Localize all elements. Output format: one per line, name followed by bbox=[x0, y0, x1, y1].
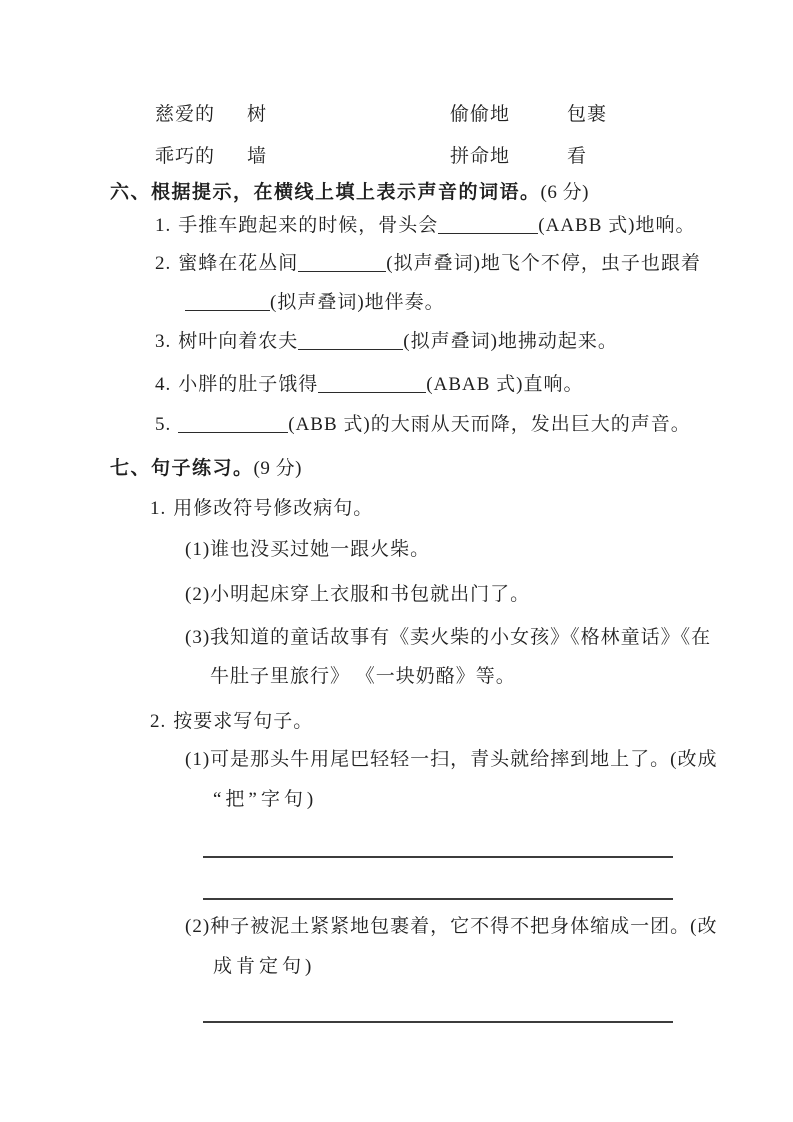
sound-word-item: 3.树叶向着农夫(拟声叠词)地拂动起来。 bbox=[155, 329, 618, 355]
item-label: (1) bbox=[185, 537, 210, 563]
answer-line bbox=[203, 1001, 673, 1023]
match-noun: 墙 bbox=[247, 144, 450, 170]
task-title: 2.按要求写句子。 bbox=[150, 709, 313, 735]
item-text: 小胖的肚子饿得 bbox=[178, 374, 318, 395]
item-number: 1. bbox=[155, 213, 171, 239]
sentence-item-continuation: 成肯定句) bbox=[213, 954, 315, 980]
fill-blank bbox=[298, 254, 386, 272]
section-number: 七、 bbox=[110, 458, 151, 479]
task-number: 2. bbox=[150, 709, 166, 735]
item-text: 牛肚子里旅行》 《一块奶酪》等。 bbox=[210, 666, 516, 687]
task-title: 1.用修改符号修改病句。 bbox=[150, 496, 373, 522]
task-text: 按要求写句子。 bbox=[173, 711, 313, 732]
fill-blank bbox=[318, 375, 426, 393]
item-label: (3) bbox=[185, 625, 210, 651]
sound-word-item: 4.小胖的肚子饿得(ABAB 式)直响。 bbox=[155, 372, 583, 398]
item-text: “把”字句) bbox=[213, 789, 317, 810]
section-number: 六、 bbox=[110, 182, 151, 203]
sentence-item: (1)谁也没买过她一跟火柴。 bbox=[185, 537, 430, 563]
fill-blank bbox=[178, 415, 288, 433]
sentence-item: (2)小明起床穿上衣服和书包就出门了。 bbox=[185, 582, 530, 608]
item-number: 4. bbox=[155, 372, 171, 398]
match-row: 乖巧的墙拼命地看 bbox=[155, 144, 587, 170]
section-six-header: 六、根据提示，在横线上填上表示声音的词语。(6 分) bbox=[110, 180, 589, 206]
item-number: 3. bbox=[155, 329, 171, 355]
item-text: (AABB 式)地响。 bbox=[538, 215, 695, 236]
sound-word-item: 5.(ABB 式)的大雨从天而降，发出巨大的声音。 bbox=[155, 412, 691, 438]
sentence-item-continuation: “把”字句) bbox=[213, 787, 317, 813]
item-text: 成肯定句) bbox=[213, 956, 315, 977]
match-adjective: 乖巧的 bbox=[155, 144, 247, 170]
item-text: (ABAB 式)直响。 bbox=[426, 374, 583, 395]
item-text: (拟声叠词)地拂动起来。 bbox=[403, 331, 618, 352]
task-number: 1. bbox=[150, 496, 166, 522]
item-text: 种子被泥土紧紧地包裹着，它不得不把身体缩成一团。(改 bbox=[210, 916, 717, 937]
section-score: (6 分) bbox=[541, 182, 589, 203]
fill-blank bbox=[298, 332, 403, 350]
sound-word-item: 1.手推车跑起来的时候，骨头会(AABB 式)地响。 bbox=[155, 213, 695, 239]
item-label: (2) bbox=[185, 914, 210, 940]
item-text: 小明起床穿上衣服和书包就出门了。 bbox=[210, 584, 530, 605]
answer-line bbox=[203, 878, 673, 900]
sentence-item-continuation: 牛肚子里旅行》 《一块奶酪》等。 bbox=[210, 664, 516, 690]
task-text: 用修改符号修改病句。 bbox=[173, 498, 373, 519]
item-text: 我知道的童话故事有《卖火柴的小女孩》《格林童话》《在 bbox=[210, 627, 711, 648]
item-text: 树叶向着农夫 bbox=[178, 331, 298, 352]
item-label: (2) bbox=[185, 582, 210, 608]
section-seven-header: 七、句子练习。(9 分) bbox=[110, 456, 302, 482]
match-adverb: 拼命地 bbox=[450, 144, 567, 170]
match-row: 慈爱的树偷偷地包裹 bbox=[155, 102, 607, 128]
item-text: (ABB 式)的大雨从天而降，发出巨大的声音。 bbox=[288, 414, 690, 435]
match-verb: 包裹 bbox=[567, 102, 607, 128]
sound-word-item-continuation: (拟声叠词)地伴奏。 bbox=[185, 290, 445, 316]
fill-blank bbox=[438, 216, 538, 234]
section-title: 根据提示，在横线上填上表示声音的词语。 bbox=[151, 182, 541, 203]
fill-blank bbox=[185, 293, 270, 311]
item-label: (1) bbox=[185, 747, 210, 773]
match-adverb: 偷偷地 bbox=[450, 102, 567, 128]
item-text: (拟声叠词)地伴奏。 bbox=[270, 292, 445, 313]
item-text: (拟声叠词)地飞个不停，虫子也跟着 bbox=[386, 253, 701, 274]
item-number: 5. bbox=[155, 412, 171, 438]
answer-line bbox=[203, 836, 673, 858]
match-verb: 看 bbox=[567, 144, 587, 170]
item-text: 谁也没买过她一跟火柴。 bbox=[210, 539, 430, 560]
sentence-item: (1)可是那头牛用尾巴轻轻一扫，青头就给摔到地上了。(改成 bbox=[185, 747, 718, 773]
sound-word-item: 2.蜜蜂在花丛间(拟声叠词)地飞个不停，虫子也跟着 bbox=[155, 251, 701, 277]
worksheet-page: 慈爱的树偷偷地包裹 乖巧的墙拼命地看 六、根据提示，在横线上填上表示声音的词语。… bbox=[0, 0, 793, 1122]
item-text: 可是那头牛用尾巴轻轻一扫，青头就给摔到地上了。(改成 bbox=[210, 749, 717, 770]
item-text: 手推车跑起来的时候，骨头会 bbox=[178, 215, 438, 236]
sentence-item: (3)我知道的童话故事有《卖火柴的小女孩》《格林童话》《在 bbox=[185, 625, 711, 651]
section-score: (9 分) bbox=[254, 458, 302, 479]
item-number: 2. bbox=[155, 251, 171, 277]
match-adjective: 慈爱的 bbox=[155, 102, 247, 128]
item-text: 蜜蜂在花丛间 bbox=[178, 253, 298, 274]
match-noun: 树 bbox=[247, 102, 450, 128]
section-title: 句子练习。 bbox=[151, 458, 254, 479]
sentence-item: (2)种子被泥土紧紧地包裹着，它不得不把身体缩成一团。(改 bbox=[185, 914, 718, 940]
